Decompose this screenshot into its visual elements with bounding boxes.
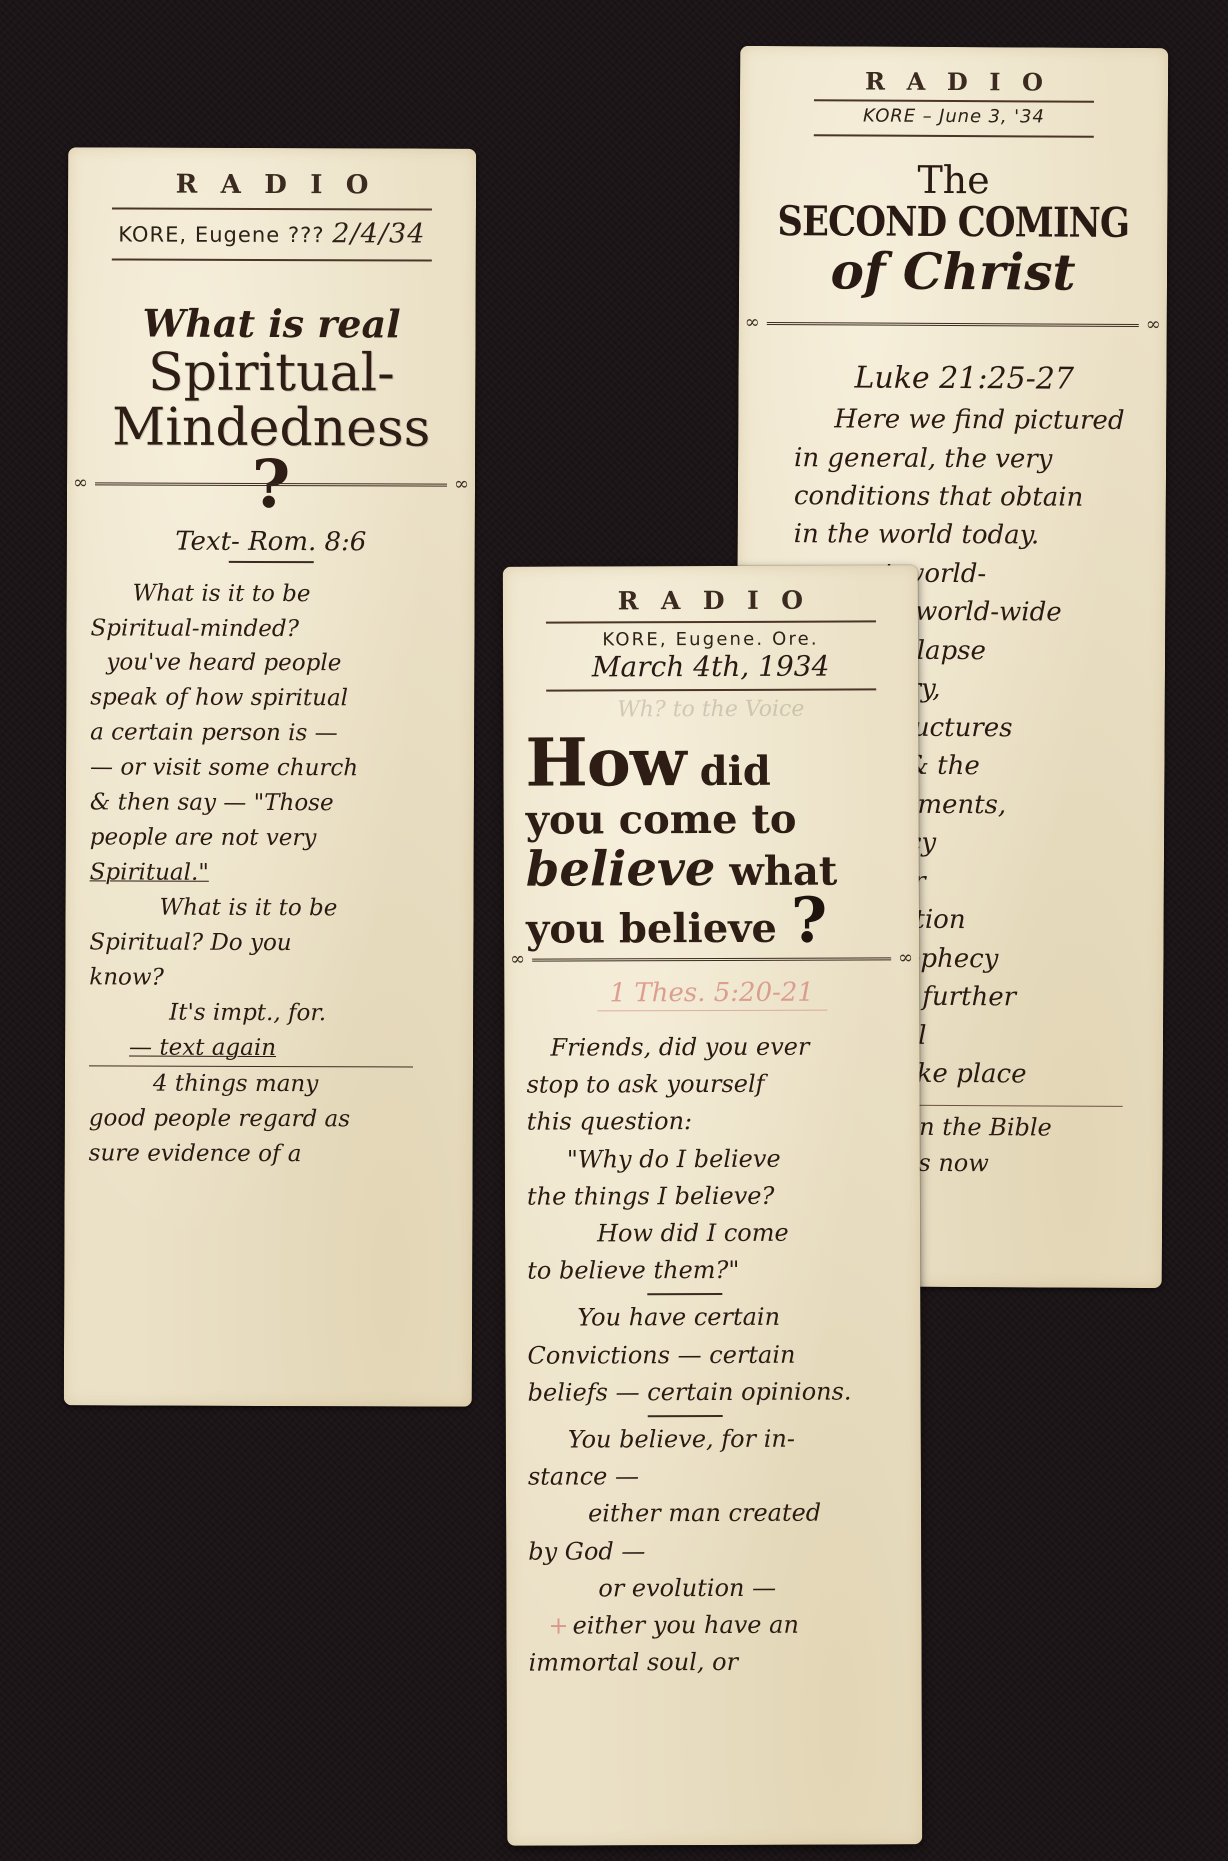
note-line: "Why do I believe xyxy=(527,1140,910,1179)
station-name: KORE, Eugene ??? xyxy=(118,222,324,247)
note-line: 4 things many xyxy=(89,1065,413,1102)
note-line: — text again xyxy=(89,1030,453,1066)
sermon-title-line1: The xyxy=(739,160,1167,200)
note-line: good people regard as xyxy=(89,1101,453,1137)
note-line: a certain person is — xyxy=(90,716,454,752)
divider xyxy=(546,688,876,691)
note-line: people are not very xyxy=(90,821,454,857)
ornamental-rule: ∞ ∞ xyxy=(67,474,475,493)
note-line: in the world today. xyxy=(794,516,1156,556)
note-line: by God — xyxy=(528,1532,911,1571)
note-line: Convictions — certain xyxy=(527,1336,910,1375)
scroll-end-icon: ∞ xyxy=(454,473,469,494)
note-line: Here we find pictured xyxy=(794,400,1156,440)
divider xyxy=(648,1415,723,1417)
divider xyxy=(545,620,875,623)
note-line: & then say — "Those xyxy=(90,786,454,822)
broadcast-date: March 4th, 1934 xyxy=(503,649,918,683)
station-line: KORE – June 3, '34 xyxy=(740,105,1168,128)
note-line: Spiritual." xyxy=(90,856,454,892)
note-line: sure evidence of a xyxy=(89,1136,453,1172)
note-line: You have certain xyxy=(527,1299,910,1338)
sermon-card-spiritual-mindedness: RADIO KORE, Eugene ??? 2/4/34 What is re… xyxy=(64,147,476,1406)
title-believe: believe xyxy=(526,843,716,896)
scroll-end-icon: ∞ xyxy=(745,312,760,333)
scroll-end-icon: ∞ xyxy=(73,472,88,493)
radio-header: RADIO xyxy=(68,169,476,200)
sermon-title: How did you come to believe what you bel… xyxy=(503,721,919,953)
handwritten-notes: Friends, did you ever stop to ask yourse… xyxy=(504,1010,921,1682)
station-line: KORE, Eugene ??? 2/4/34 xyxy=(68,217,476,249)
sermon-title-line2: Spiritual- xyxy=(67,345,475,401)
note-line: stop to ask yourself xyxy=(527,1066,910,1105)
title-did: did xyxy=(700,749,771,795)
station-line: KORE, Eugene. Ore. xyxy=(503,628,918,650)
note-line: to believe them?" xyxy=(527,1252,910,1291)
scroll-end-icon: ∞ xyxy=(1146,314,1161,335)
title-come-to: come to xyxy=(619,797,797,844)
note-line: know? xyxy=(89,960,453,996)
note-line: What is it to be xyxy=(89,891,453,927)
sermon-title-line2: SECOND COMING xyxy=(769,198,1137,247)
divider xyxy=(814,99,1094,102)
note-line: the things I believe? xyxy=(527,1177,910,1216)
faint-pencil-note: Wh? to the Voice xyxy=(503,696,918,722)
sermon-title-line3: of Christ xyxy=(739,245,1167,300)
note-line: What is it to be xyxy=(91,576,455,612)
note-line: speak of how spiritual xyxy=(90,681,454,717)
radio-header: RADIO xyxy=(503,585,918,615)
scripture-reference-red: 1 Thes. 5:20-21 xyxy=(504,977,919,1008)
note-line: or evolution — xyxy=(528,1569,911,1608)
note-line: you've heard people xyxy=(90,646,454,682)
ornamental-rule: ∞ ∞ xyxy=(504,949,919,968)
scroll-end-icon: ∞ xyxy=(510,949,525,970)
scripture-reference: Text- Rom. 8:6 xyxy=(67,526,475,557)
handwritten-notes: What is it to be Spiritual-minded? you'v… xyxy=(65,562,475,1173)
note-line: beliefs — certain opinions. xyxy=(528,1373,911,1412)
note-text: either you have an xyxy=(573,1611,799,1640)
note-line: immortal soul, or xyxy=(529,1643,912,1682)
radio-header: RADIO xyxy=(740,66,1168,97)
title-you: you xyxy=(526,798,605,844)
note-line: Spiritual? Do you xyxy=(89,925,453,961)
divider xyxy=(112,258,432,261)
note-line: Friends, did you ever xyxy=(526,1028,909,1067)
title-you-believe: you believe xyxy=(526,906,777,953)
broadcast-date: 2/4/34 xyxy=(332,218,425,249)
sermon-card-how-did-you-believe: RADIO KORE, Eugene. Ore. March 4th, 1934… xyxy=(503,565,922,1845)
note-line: — or visit some church xyxy=(90,751,454,787)
note-line: You believe, for in- xyxy=(528,1420,911,1459)
divider xyxy=(647,1293,722,1295)
scroll-end-icon: ∞ xyxy=(898,947,913,968)
red-plus-mark-icon: + xyxy=(548,1611,568,1639)
note-line: How did I come xyxy=(527,1214,910,1253)
sermon-title-line1: What is real xyxy=(68,300,476,346)
note-line: conditions that obtain xyxy=(794,477,1156,517)
note-line: either man created xyxy=(528,1495,911,1534)
question-mark-ornament: ? xyxy=(791,896,828,946)
ornamental-rule: ∞ ∞ xyxy=(739,314,1167,334)
divider xyxy=(814,134,1094,137)
note-line: +either you have an xyxy=(528,1606,911,1645)
title-how: How xyxy=(525,728,685,798)
note-line: Spiritual-minded? xyxy=(90,611,454,647)
note-line: in general, the very xyxy=(794,439,1156,479)
divider xyxy=(112,207,432,210)
scripture-reference: Luke 21:25-27 xyxy=(794,356,1156,402)
note-line: stance — xyxy=(528,1457,911,1496)
note-line: this question: xyxy=(527,1103,910,1142)
note-line: It's impt., for. xyxy=(89,995,453,1031)
